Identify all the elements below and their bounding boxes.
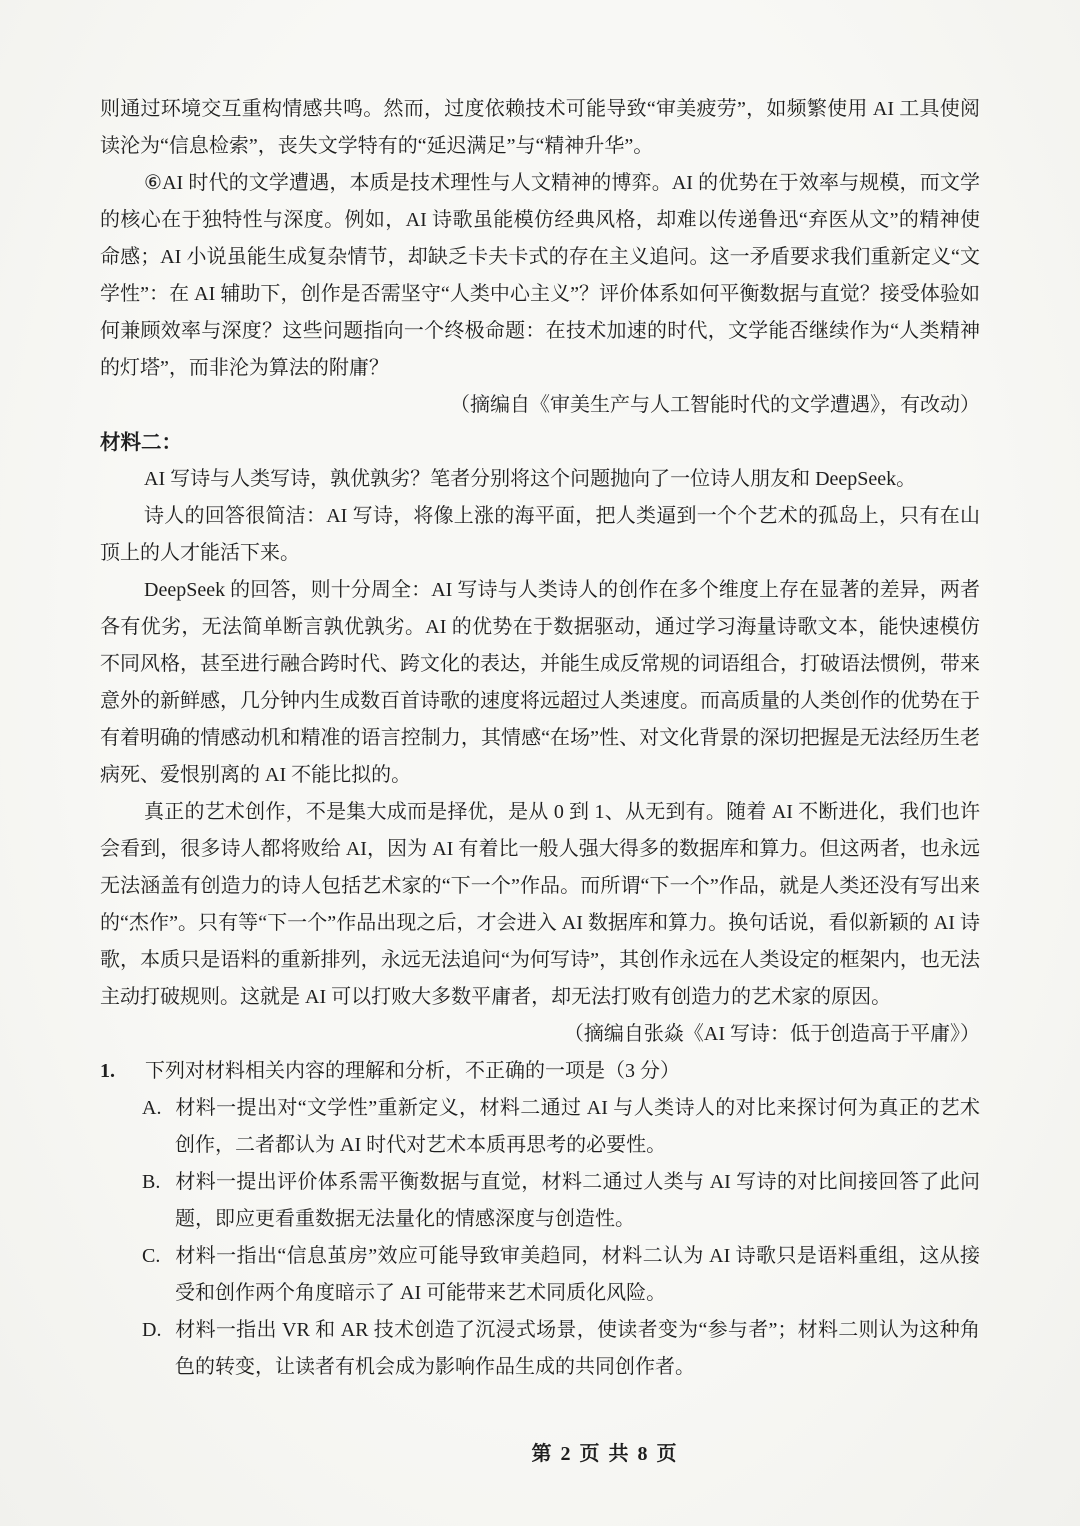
material-two-paragraph-2: 诗人的回答很简洁：AI 写诗，将像上涨的海平面，把人类逼到一个个艺术的孤岛上，只… — [100, 498, 980, 572]
material-two-paragraph-4: 真正的艺术创作，不是集大成而是择优，是从 0 到 1、从无到有。随着 AI 不断… — [100, 794, 980, 1016]
material-two-paragraph-3: DeepSeek 的回答，则十分周全：AI 写诗与人类诗人的创作在多个维度上存在… — [100, 572, 980, 794]
question-1-number: 1. — [100, 1053, 145, 1090]
option-c-text: 材料一指出“信息茧房”效应可能导致审美趋同，材料二认为 AI 诗歌只是语料重组，… — [175, 1245, 980, 1304]
question-1-option-a: A.材料一提出对“文学性”重新定义，材料二通过 AI 与人类诗人的对比来探讨何为… — [100, 1090, 980, 1164]
option-c-label: C. — [142, 1238, 175, 1275]
page-number-footer: 第 2 页 共 8 页 — [532, 1437, 679, 1466]
material-one-paragraph-6: ⑥AI 时代的文学遭遇，本质是技术理性与人文精神的博弈。AI 的优势在于效率与规… — [100, 165, 980, 387]
question-1: 1.下列对材料相关内容的理解和分析，不正确的一项是（3 分） A.材料一提出对“… — [100, 1053, 980, 1386]
material-two-heading: 材料二： — [100, 424, 980, 461]
material-one-citation: （摘编自《审美生产与人工智能时代的文学遭遇》，有改动） — [100, 387, 980, 424]
option-b-label: B. — [142, 1164, 175, 1201]
material-two-citation: （摘编自张焱《AI 写诗：低于创造高于平庸》） — [100, 1016, 980, 1053]
option-d-label: D. — [142, 1312, 175, 1349]
option-d-text: 材料一指出 VR 和 AR 技术创造了沉浸式场景，使读者变为“参与者”；材料二则… — [175, 1319, 980, 1378]
question-1-option-b: B.材料一提出评价体系需平衡数据与直觉，材料二通过人类与 AI 写诗的对比间接回… — [100, 1164, 980, 1238]
question-1-option-d: D.材料一指出 VR 和 AR 技术创造了沉浸式场景，使读者变为“参与者”；材料… — [100, 1312, 980, 1386]
option-a-label: A. — [142, 1090, 175, 1127]
option-b-text: 材料一提出评价体系需平衡数据与直觉，材料二通过人类与 AI 写诗的对比间接回答了… — [175, 1171, 980, 1230]
question-1-option-c: C.材料一指出“信息茧房”效应可能导致审美趋同，材料二认为 AI 诗歌只是语料重… — [100, 1238, 980, 1312]
option-a-text: 材料一提出对“文学性”重新定义，材料二通过 AI 与人类诗人的对比来探讨何为真正… — [175, 1097, 980, 1156]
question-1-stem: 1.下列对材料相关内容的理解和分析，不正确的一项是（3 分） — [100, 1053, 980, 1090]
material-two-paragraph-1: AI 写诗与人类写诗，孰优孰劣？笔者分别将这个问题抛向了一位诗人朋友和 Deep… — [100, 461, 980, 498]
question-1-stem-text: 下列对材料相关内容的理解和分析，不正确的一项是（3 分） — [145, 1060, 680, 1082]
exam-page-body: 则通过环境交互重构情感共鸣。然而，过度依赖技术可能导致“审美疲劳”，如频繁使用 … — [100, 91, 980, 1386]
material-one-paragraph-continuation: 则通过环境交互重构情感共鸣。然而，过度依赖技术可能导致“审美疲劳”，如频繁使用 … — [100, 91, 980, 165]
